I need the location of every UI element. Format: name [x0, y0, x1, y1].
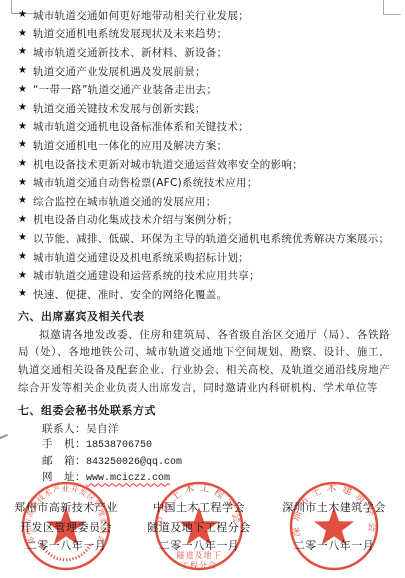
contact-person-label: 联系人：: [42, 423, 86, 435]
topic-item: ★城市轨道交通建设及机电系统采购招标计划；: [18, 248, 390, 267]
topic-text: 城市轨道交通机电设备标准体系和关键技术；: [33, 119, 249, 134]
star-bullet-icon: ★: [18, 233, 33, 243]
star-bullet-icon: ★: [18, 85, 33, 95]
seal-org-line: 隧道及地下工程分会: [136, 521, 262, 534]
contact-block: 联系人：吴自洋 手 机：18538706750 邮 箱：843250026@qq…: [18, 422, 390, 487]
topic-item: ★机电设备技术更新对城市轨道交通运营效率安全的影响；: [18, 155, 390, 174]
star-bullet-icon: ★: [18, 159, 33, 169]
star-bullet-icon: ★: [18, 215, 33, 225]
topic-list: ★城市轨道交通如何更好地带动相关行业发展； ★轨道交通机电系统发展现状及未来趋势…: [18, 6, 390, 304]
topic-item: ★以节能、减排、低碳、环保为主导的轨道交通机电系统优秀解决方案展示；: [18, 229, 390, 248]
topic-text: 轨道交通机电系统发展现状及未来趋势；: [33, 26, 227, 41]
topic-item: ★城市轨道交通建设和运营系统的技术应用共享；: [18, 266, 390, 285]
topic-text: 城市轨道交通建设和运营系统的技术应用共享；: [33, 268, 260, 283]
star-bullet-icon: ★: [18, 10, 33, 20]
contact-phone-label: 手 机：: [42, 438, 86, 450]
topic-text: 机电设备自动化集成技术介绍与案例分析；: [33, 212, 238, 227]
seal-org-line: 开发区管理委员会: [3, 521, 129, 534]
seal-org-line: 深圳市土木建筑学会: [271, 501, 397, 514]
contact-email-row: 邮 箱：843250026@qq.com: [42, 454, 390, 471]
topic-item: ★综合监控在城市轨道交通的发展应用；: [18, 192, 390, 211]
seal-date-line: 二零一八年一月: [136, 539, 262, 552]
seal-org-line: 郑州市高新技术产业: [3, 501, 129, 514]
star-bullet-icon: ★: [18, 178, 33, 188]
star-bullet-icon: ★: [18, 47, 33, 57]
contact-person-row: 联系人：吴自洋: [42, 422, 390, 438]
contact-email-value: 843250026@qq.com: [86, 457, 182, 468]
topic-item: ★轨道交通关键技术发展与创新实践；: [18, 99, 390, 118]
topic-text: 机电设备技术更新对城市轨道交通运营效率安全的影响；: [33, 157, 303, 172]
topic-text: 城市轨道交通自动售检票(AFC)系统技术应用；: [33, 175, 258, 190]
topic-text: 轨道交通产业发展机遇及发展前景；: [33, 64, 206, 79]
star-bullet-icon: ★: [18, 271, 33, 281]
star-bullet-icon: ★: [18, 29, 33, 39]
topic-text: 轨道交通关键技术发展与创新实践；: [33, 101, 206, 116]
left-edge-artifact-mark: [0, 434, 8, 440]
topic-item: ★城市轨道交通自动售检票(AFC)系统技术应用；: [18, 173, 390, 192]
topic-item: ★轨道交通机电一体化的应用及解决方案；: [18, 136, 390, 155]
document-content: ★城市轨道交通如何更好地带动相关行业发展； ★轨道交通机电系统发展现状及未来趋势…: [18, 6, 390, 487]
section-contact-heading: 七、组委会秘书处联系方式: [18, 402, 390, 419]
contact-phone-value: 18538706750: [86, 440, 152, 451]
topic-item: ★城市轨道交通如何更好地带动相关行业发展；: [18, 6, 390, 25]
topic-text: “一带一路”轨道交通产业装备走出去；: [33, 82, 217, 97]
topic-item: ★轨道交通机电系统发展现状及未来趋势；: [18, 25, 390, 44]
seal-date-line: 二零一八年一月: [271, 539, 397, 552]
seal-cces-tunnel-branch: 中国土木工程学会 隧道及地下 工程分会 中国土木工程学会 隧道及地下工程分会 二…: [142, 479, 256, 575]
seal-graphic: 深圳市土木建筑学会: [277, 479, 391, 575]
topic-item: ★轨道交通产业发展机遇及发展前景；: [18, 62, 390, 81]
section-guests-heading: 六、出席嘉宾及相关代表: [18, 308, 390, 325]
seal-branch-text: 工程分会: [181, 560, 217, 570]
topic-text: 轨道交通机电一体化的应用及解决方案；: [33, 138, 227, 153]
topic-item: ★“一带一路”轨道交通产业装备走出去；: [18, 80, 390, 99]
seal-zhengzhou-hightech: 郑州市高新技术产业开发区管理委员会 郑州市高新技术产业 开发区管理委员会 二零一…: [9, 479, 123, 575]
star-bullet-icon: ★: [18, 66, 33, 76]
star-bullet-icon: ★: [18, 122, 33, 132]
topic-item: ★机电设备自动化集成技术介绍与案例分析；: [18, 211, 390, 230]
contact-phone-row: 手 机：18538706750: [42, 437, 390, 454]
star-bullet-icon: ★: [18, 289, 33, 299]
document-page: ★城市轨道交通如何更好地带动相关行业发展； ★轨道交通机电系统发展现状及未来趋势…: [0, 0, 405, 578]
topic-text: 快速、便捷、准时、安全的网络化覆盖。: [33, 287, 227, 302]
star-bullet-icon: ★: [18, 103, 33, 113]
contact-email-label: 邮 箱：: [42, 455, 86, 467]
topic-item: ★快速、便捷、准时、安全的网络化覆盖。: [18, 285, 390, 304]
topic-text: 城市轨道交通新技术、新材料、新设备；: [33, 45, 227, 60]
topic-item: ★城市轨道交通机电设备标准体系和关键技术；: [18, 118, 390, 137]
star-bullet-icon: ★: [18, 140, 33, 150]
seal-org-line: 中国土木工程学会: [136, 501, 262, 514]
topic-text: 城市轨道交通如何更好地带动相关行业发展；: [33, 8, 249, 23]
seal-date-line: 二零一八年一月: [3, 539, 129, 552]
section-guests-paragraph: 拟邀请各地发改委、住房和建筑局、各省级自治区交通厅（局）、各铁路局（处）、各地地…: [18, 327, 390, 398]
topic-text: 综合监控在城市轨道交通的发展应用；: [33, 194, 217, 209]
seal-shenzhen-civil: 深圳市土木建筑学会 深圳市土木建筑学会 二零一八年一月: [277, 479, 391, 575]
topic-text: 以节能、减排、低碳、环保为主导的轨道交通机电系统优秀解决方案展示；: [33, 231, 389, 246]
topic-item: ★城市轨道交通新技术、新材料、新设备；: [18, 43, 390, 62]
contact-person-value: 吴自洋: [86, 423, 119, 435]
topic-text: 城市轨道交通建设及机电系统采购招标计划；: [33, 250, 249, 265]
star-bullet-icon: ★: [18, 252, 33, 262]
star-bullet-icon: ★: [18, 196, 33, 206]
